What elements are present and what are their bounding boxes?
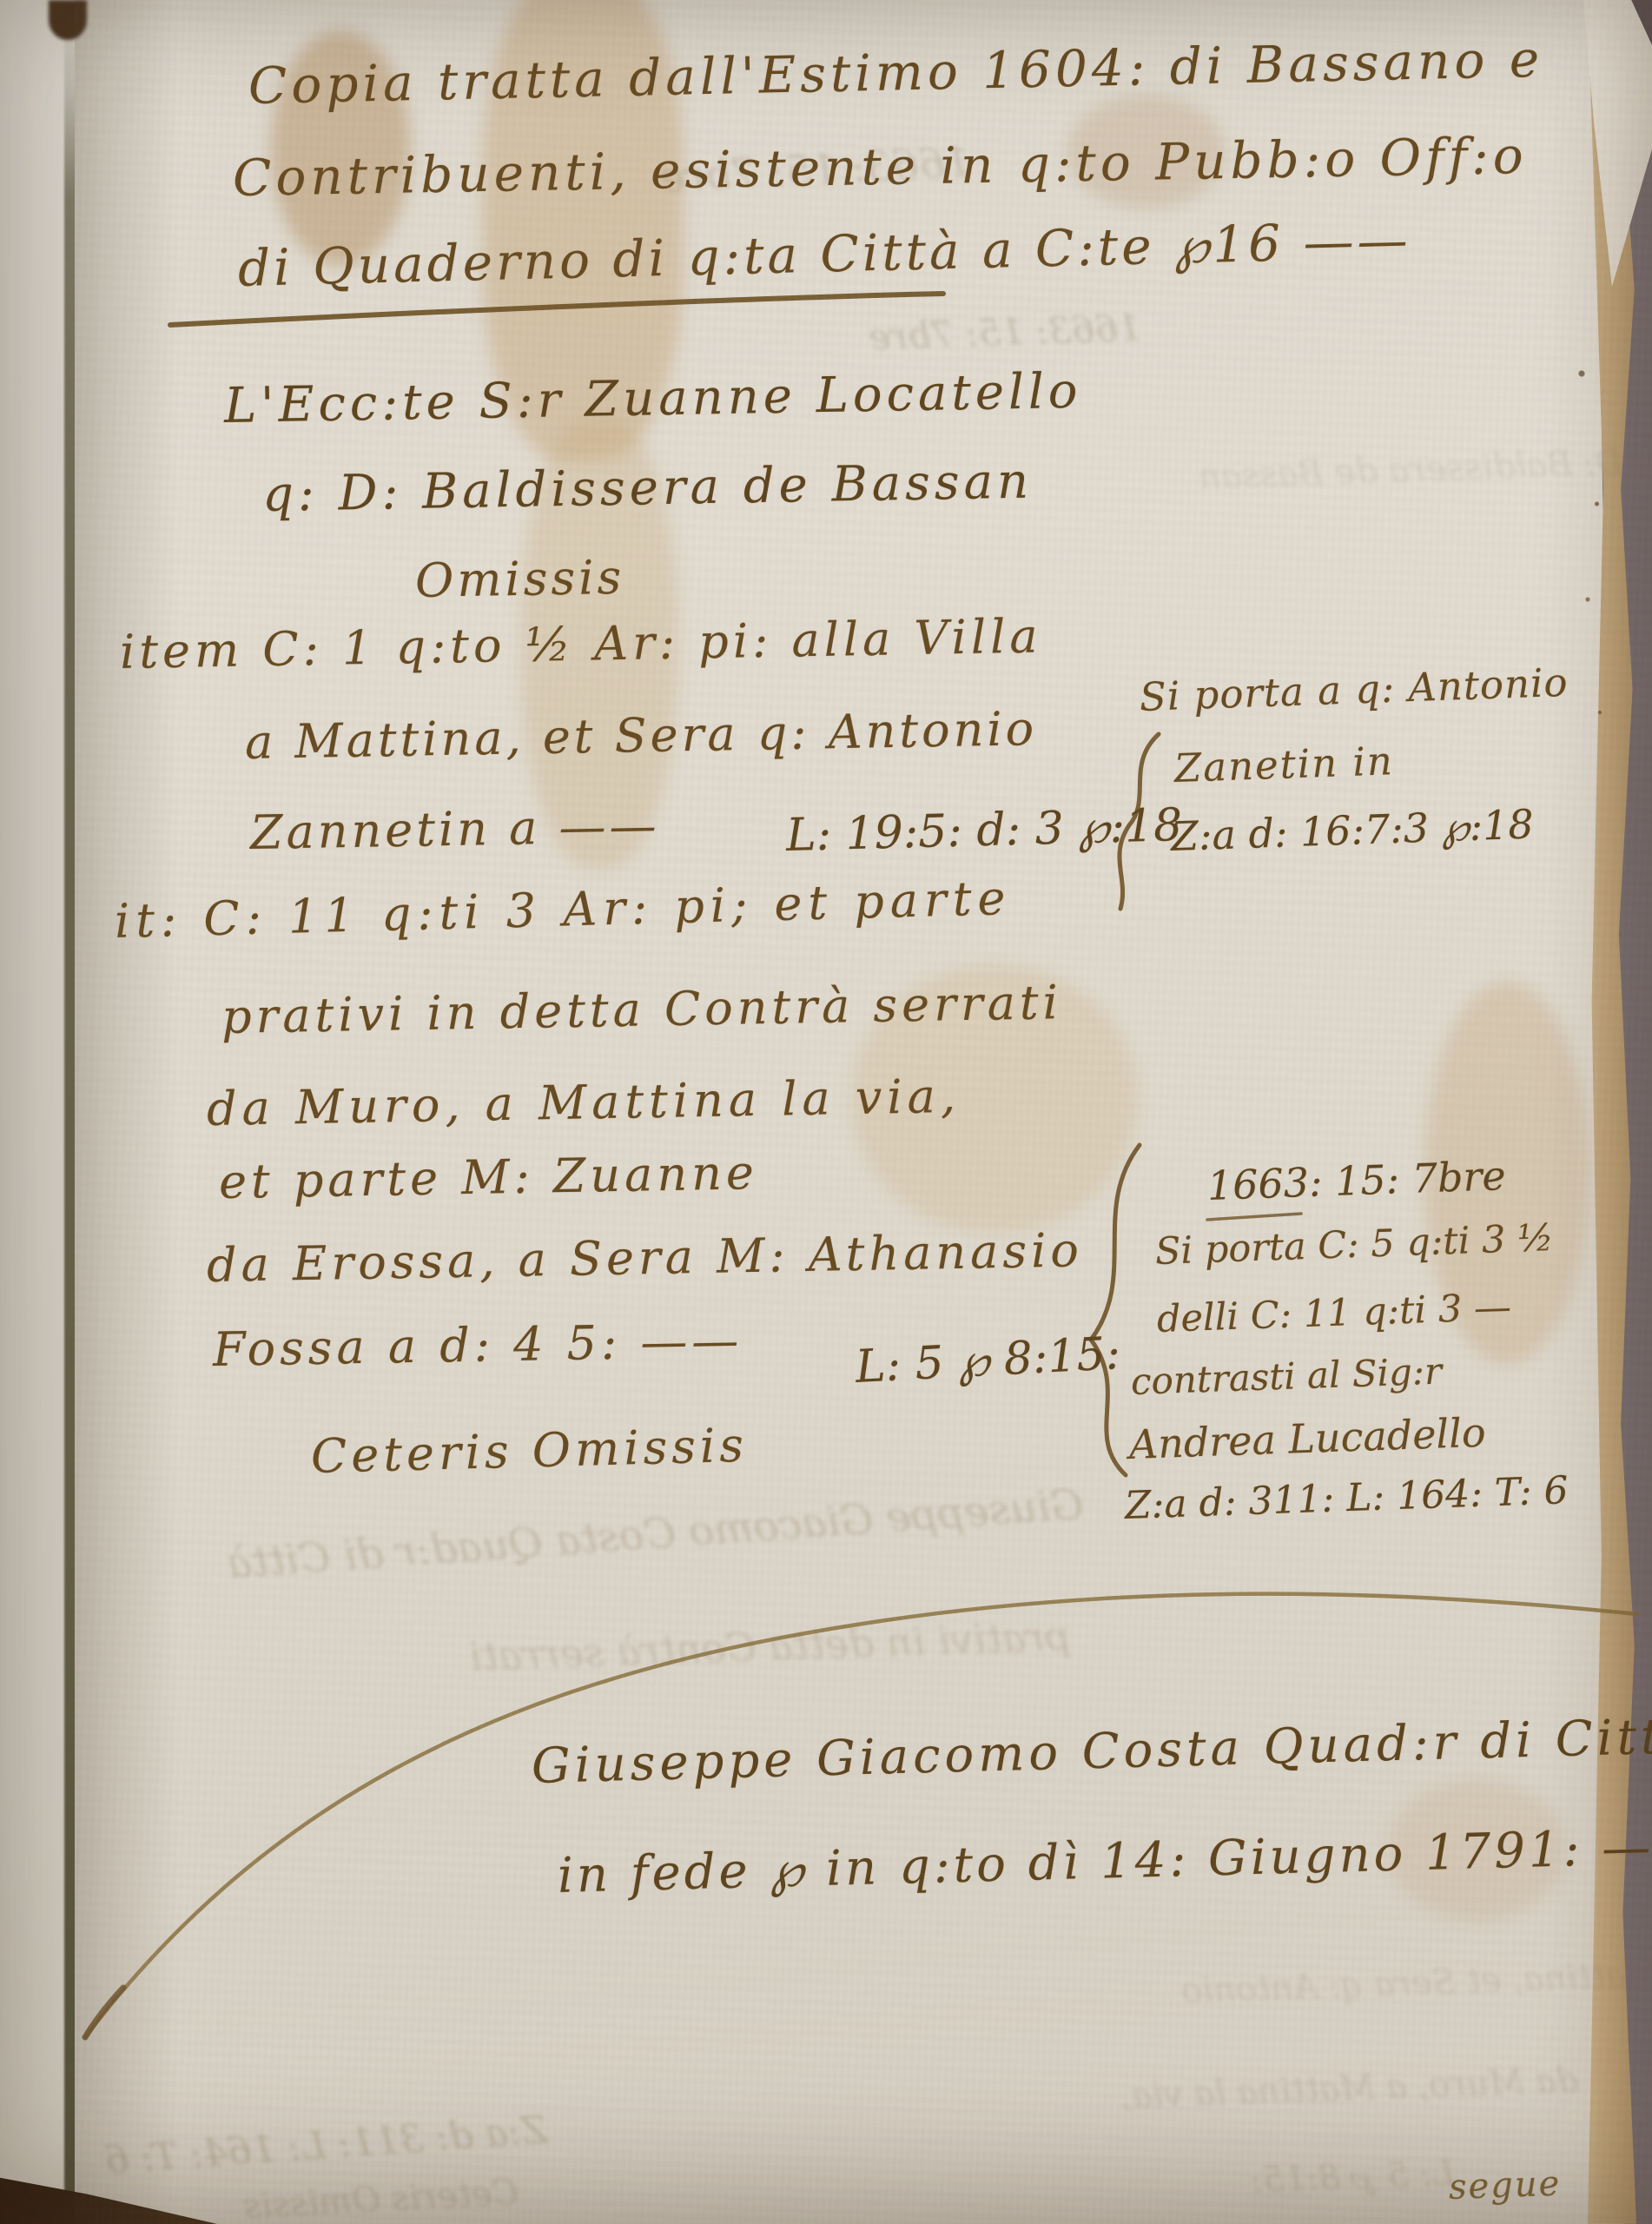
manuscript-scan: 1663: 15: 7bre 1663: 15: 7bre q: D: Bald… [0, 0, 1652, 2224]
photo-vignette [0, 0, 1652, 2224]
